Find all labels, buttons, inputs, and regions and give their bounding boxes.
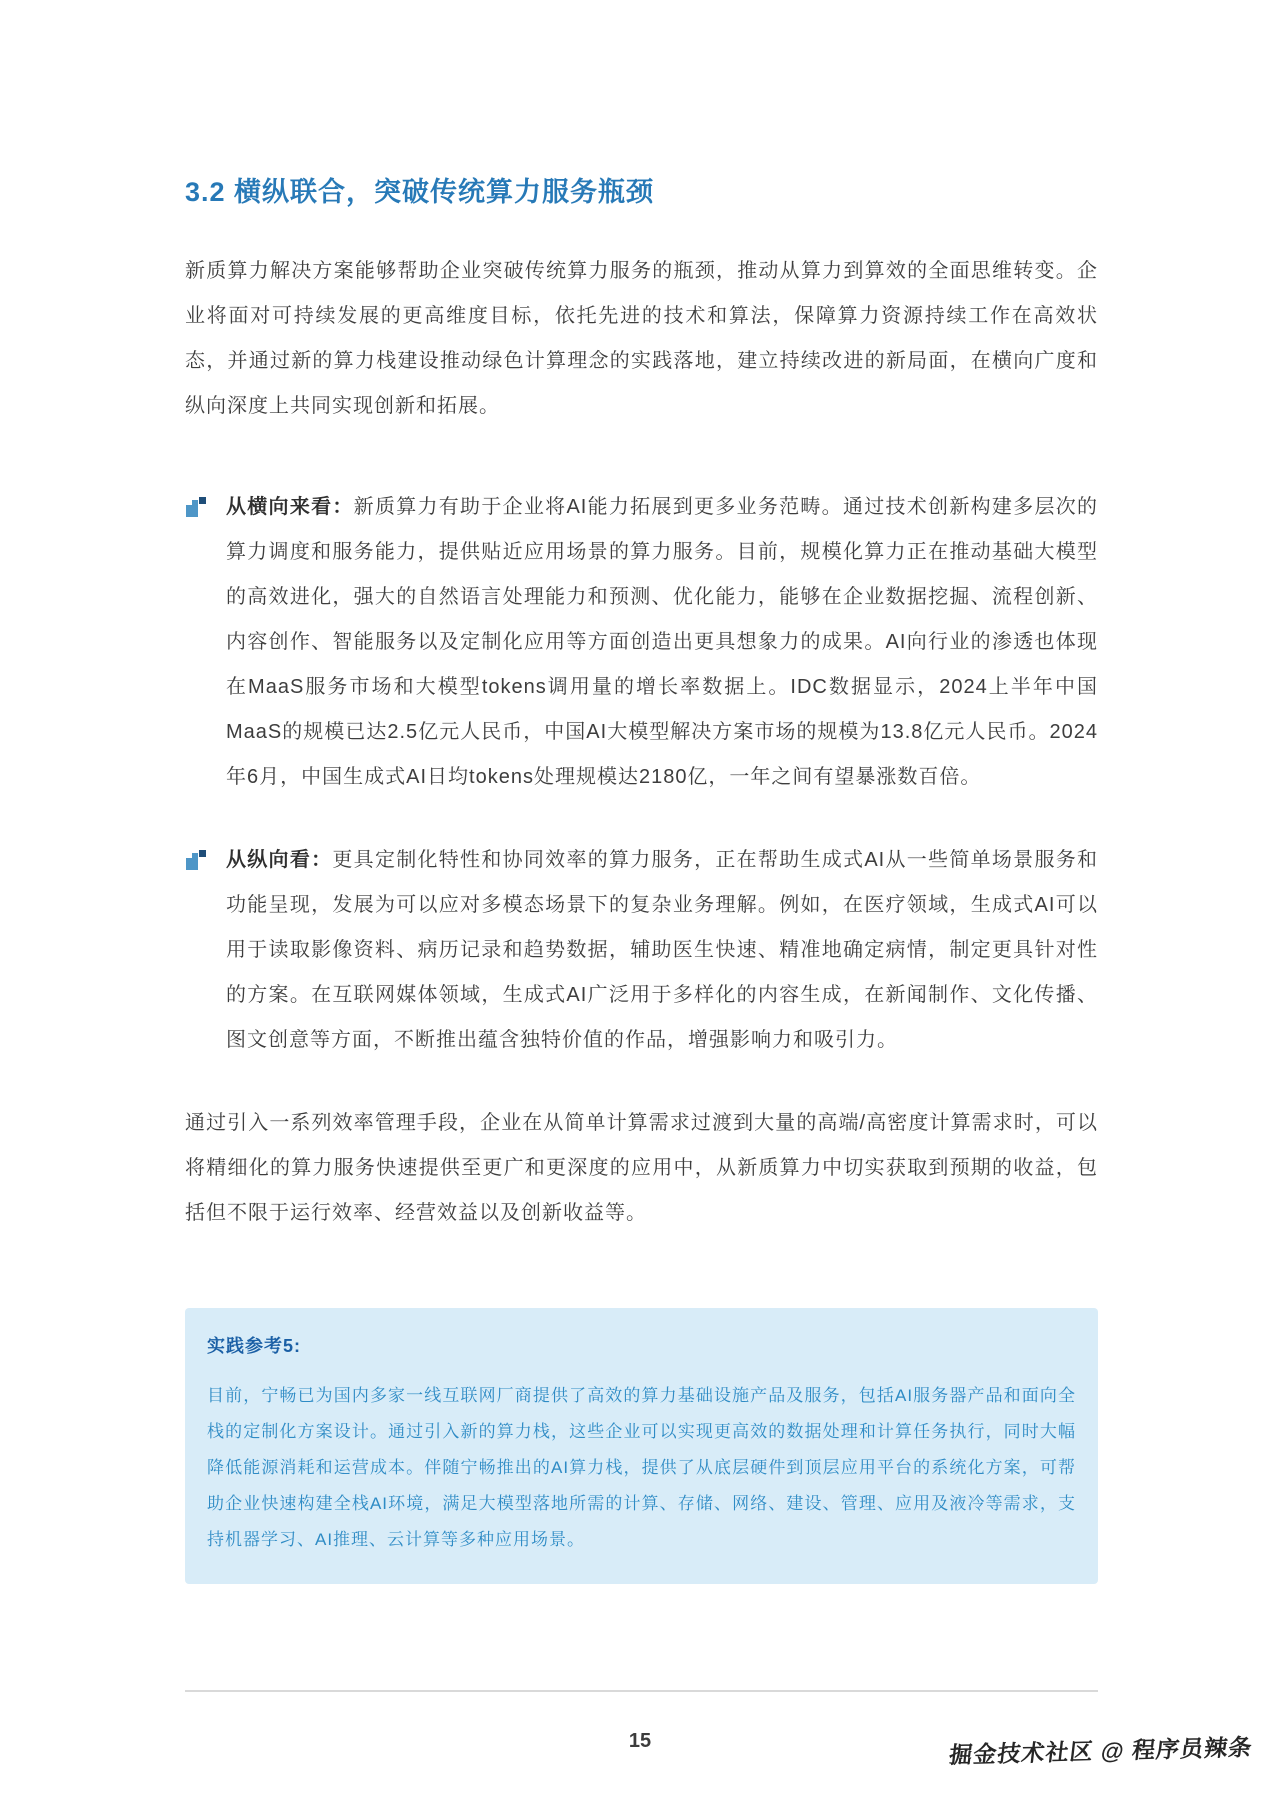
squares-bullet-icon xyxy=(185,496,207,518)
practice-reference-box: 实践参考5: 目前，宁畅已为国内多家一线互联网厂商提供了高效的算力基础设施产品及… xyxy=(185,1308,1098,1584)
watermark-text: 掘金技术社区 @ 程序员辣条 xyxy=(947,1729,1254,1770)
bullet-vertical: 从纵向看：更具定制化特性和协同效率的算力服务，正在帮助生成式AI从一些简单场景服… xyxy=(185,838,1098,1063)
practice-box-body: 目前，宁畅已为国内多家一线互联网厂商提供了高效的算力基础设施产品及服务，包括AI… xyxy=(207,1378,1076,1558)
intro-paragraph: 新质算力解决方案能够帮助企业突破传统算力服务的瓶颈，推动从算力到算效的全面思维转… xyxy=(185,249,1098,429)
document-page: 3.2 横纵联合，突破传统算力服务瓶颈 新质算力解决方案能够帮助企业突破传统算力… xyxy=(0,0,1280,1810)
bullet-horizontal-text: 从横向来看：新质算力有助于企业将AI能力拓展到更多业务范畴。通过技术创新构建多层… xyxy=(226,485,1098,800)
bullet-horizontal-body: 新质算力有助于企业将AI能力拓展到更多业务范畴。通过技术创新构建多层次的算力调度… xyxy=(226,496,1098,788)
practice-box-title: 实践参考5: xyxy=(207,1332,1076,1358)
bullet-vertical-text: 从纵向看：更具定制化特性和协同效率的算力服务，正在帮助生成式AI从一些简单场景服… xyxy=(226,838,1098,1063)
bullet-vertical-label: 从纵向看： xyxy=(226,849,332,871)
squares-bullet-icon xyxy=(185,849,207,871)
footer-divider xyxy=(185,1690,1098,1692)
page-content: 3.2 横纵联合，突破传统算力服务瓶颈 新质算力解决方案能够帮助企业突破传统算力… xyxy=(185,170,1098,1584)
closing-paragraph: 通过引入一系列效率管理手段，企业在从简单计算需求过渡到大量的高端/高密度计算需求… xyxy=(185,1101,1098,1236)
section-title: 3.2 横纵联合，突破传统算力服务瓶颈 xyxy=(185,170,1098,209)
bullet-horizontal: 从横向来看：新质算力有助于企业将AI能力拓展到更多业务范畴。通过技术创新构建多层… xyxy=(185,485,1098,800)
bullet-horizontal-label: 从横向来看： xyxy=(226,496,354,518)
bullet-vertical-body: 更具定制化特性和协同效率的算力服务，正在帮助生成式AI从一些简单场景服务和功能呈… xyxy=(226,849,1098,1051)
